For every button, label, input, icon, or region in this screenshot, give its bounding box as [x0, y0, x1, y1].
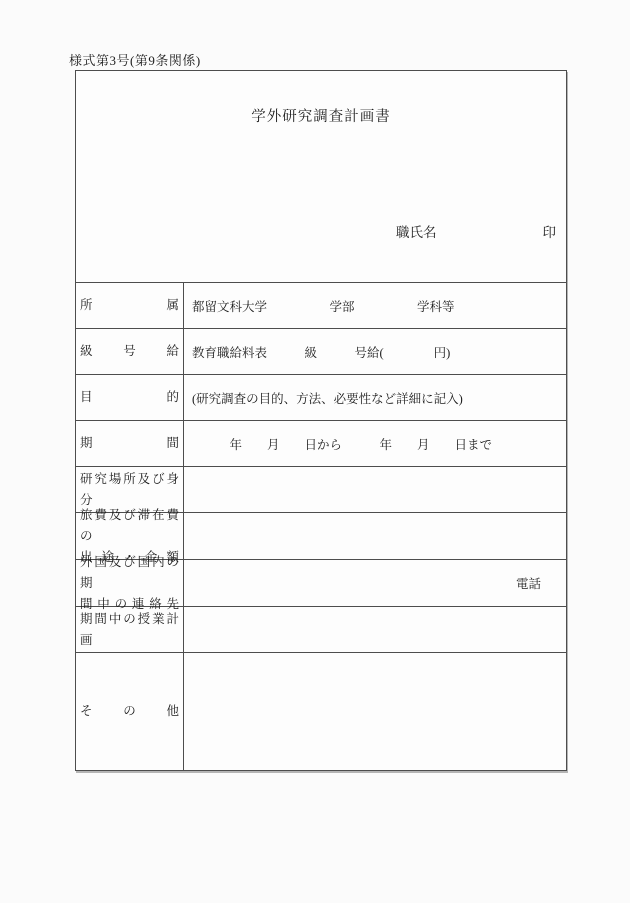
telephone-label: 電話 — [516, 560, 541, 606]
row-affiliation-label: 所属 — [76, 283, 184, 328]
row-period-label: 期間 — [76, 421, 184, 466]
research-plan-form: 学外研究調査計画書 職氏名 印 所属 都留文科大学 学部 学科等 級号給 教育職… — [75, 70, 567, 771]
form-header: 学外研究調査計画書 職氏名 印 — [76, 71, 566, 282]
row-class-plan-label: 期間中の授業計画 — [76, 607, 184, 652]
row-other: その他 — [76, 652, 566, 770]
row-affiliation: 所属 都留文科大学 学部 学科等 — [76, 282, 566, 328]
row-travel-expenses-content — [184, 513, 566, 559]
row-period-content: 年 月 日から 年 月 日まで — [184, 421, 566, 466]
row-research-place-content — [184, 467, 566, 512]
row-salary-grade-label: 級号給 — [76, 329, 184, 374]
row-purpose-content: (研究調査の目的、方法、必要性など詳細に記入) — [184, 375, 566, 420]
row-contact-address-content: 電話 — [184, 560, 566, 606]
row-salary-grade: 級号給 教育職給料表 級 号給( 円) — [76, 328, 566, 374]
form-number-label: 様式第3号(第9条関係) — [69, 50, 201, 69]
seal-label: 印 — [543, 221, 557, 241]
row-class-plan-content — [184, 607, 566, 652]
row-period: 期間 年 月 日から 年 月 日まで — [76, 420, 566, 466]
form-title: 学外研究調査計画書 — [76, 71, 566, 126]
row-purpose-label: 目的 — [76, 375, 184, 420]
row-class-plan: 期間中の授業計画 — [76, 606, 566, 652]
row-other-label: その他 — [76, 653, 184, 770]
name-label: 職氏名 — [396, 221, 437, 241]
row-contact-address-label: 外国及び国内の期 間中の連絡先 — [76, 560, 184, 606]
row-purpose: 目的 (研究調査の目的、方法、必要性など詳細に記入) — [76, 374, 566, 420]
row-other-content — [184, 653, 566, 770]
name-seal-line: 職氏名 印 — [76, 221, 566, 241]
row-contact-address: 外国及び国内の期 間中の連絡先 電話 — [76, 559, 566, 606]
row-affiliation-content: 都留文科大学 学部 学科等 — [184, 283, 566, 328]
row-salary-grade-content: 教育職給料表 級 号給( 円) — [184, 329, 566, 374]
